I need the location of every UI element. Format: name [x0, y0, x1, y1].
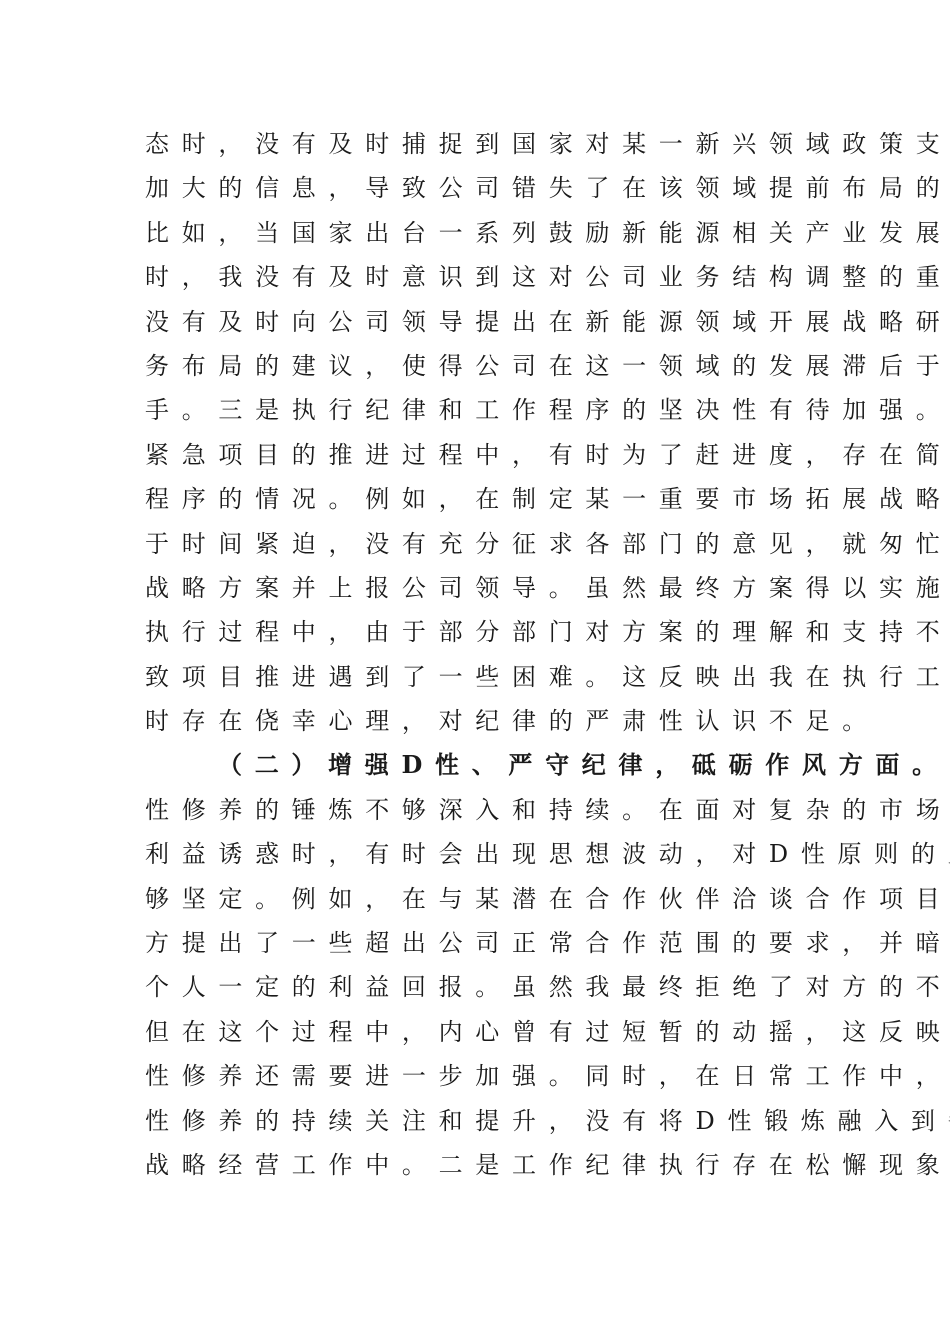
document-page: 态时，没有及时捕捉到国家对某一新兴领域政策支持力度 加大的信息，导致公司错失了在…: [145, 122, 813, 1187]
text-line: 战略方案并上报公司领导。虽然最终方案得以实施，但在: [145, 566, 813, 610]
section-heading-line: （二）增强D性、严守纪律，砥砺作风方面。一是D: [145, 743, 813, 787]
text-line: 务布局的建议，使得公司在这一领域的发展滞后于竞争对: [145, 344, 813, 388]
text-line: 个人一定的利益回报。虽然我最终拒绝了对方的不当请求: [145, 965, 813, 1009]
text-line: 方提出了一些超出公司正常合作范围的要求，并暗示给予: [145, 921, 813, 965]
text-line: 没有及时向公司领导提出在新能源领域开展战略研究和业: [145, 300, 813, 344]
text-line: 紧急项目的推进过程中，有时为了赶进度，存在简化工作: [145, 433, 813, 477]
text-line: 执行过程中，由于部分部门对方案的理解和支持不够，导: [145, 610, 813, 654]
text-line: 态时，没有及时捕捉到国家对某一新兴领域政策支持力度: [145, 122, 813, 166]
text-line: 时存在侥幸心理，对纪律的严肃性认识不足。: [145, 699, 813, 743]
section-heading: （二）增强D性、严守纪律，砥砺作风方面。: [218, 750, 949, 779]
text-line: 比如，当国家出台一系列鼓励新能源相关产业发展的政策: [145, 211, 813, 255]
text-line: 致项目推进遇到了一些困难。这反映出我在执行工作程序: [145, 655, 813, 699]
text-line: 加大的信息，导致公司错失了在该领域提前布局的机会。: [145, 166, 813, 210]
text-line: 程序的情况。例如，在制定某一重要市场拓展战略时，由: [145, 477, 813, 521]
text-line: 于时间紧迫，没有充分征求各部门的意见，就匆忙确定了: [145, 522, 813, 566]
text-line: 性修养还需要进一步加强。同时，在日常工作中，缺乏对D: [145, 1054, 813, 1098]
text-line: 手。三是执行纪律和工作程序的坚决性有待加强。在一些: [145, 388, 813, 432]
text-line: 性修养的锤炼不够深入和持续。在面对复杂的市场竞争和: [145, 788, 813, 832]
text-line: 够坚定。例如，在与某潜在合作伙伴洽谈合作项目时，对: [145, 877, 813, 921]
text-line: 时，我没有及时意识到这对公司业务结构调整的重要性，: [145, 255, 813, 299]
text-line: 战略经营工作中。二是工作纪律执行存在松懈现象。对战: [145, 1143, 813, 1187]
text-line: 但在这个过程中，内心曾有过短暂的动摇，这反映出我的D: [145, 1010, 813, 1054]
text-line: 性修养的持续关注和提升，没有将D性锻炼融入到每一项: [145, 1099, 813, 1143]
text-line: 利益诱惑时，有时会出现思想波动，对D性原则的坚守不: [145, 832, 813, 876]
